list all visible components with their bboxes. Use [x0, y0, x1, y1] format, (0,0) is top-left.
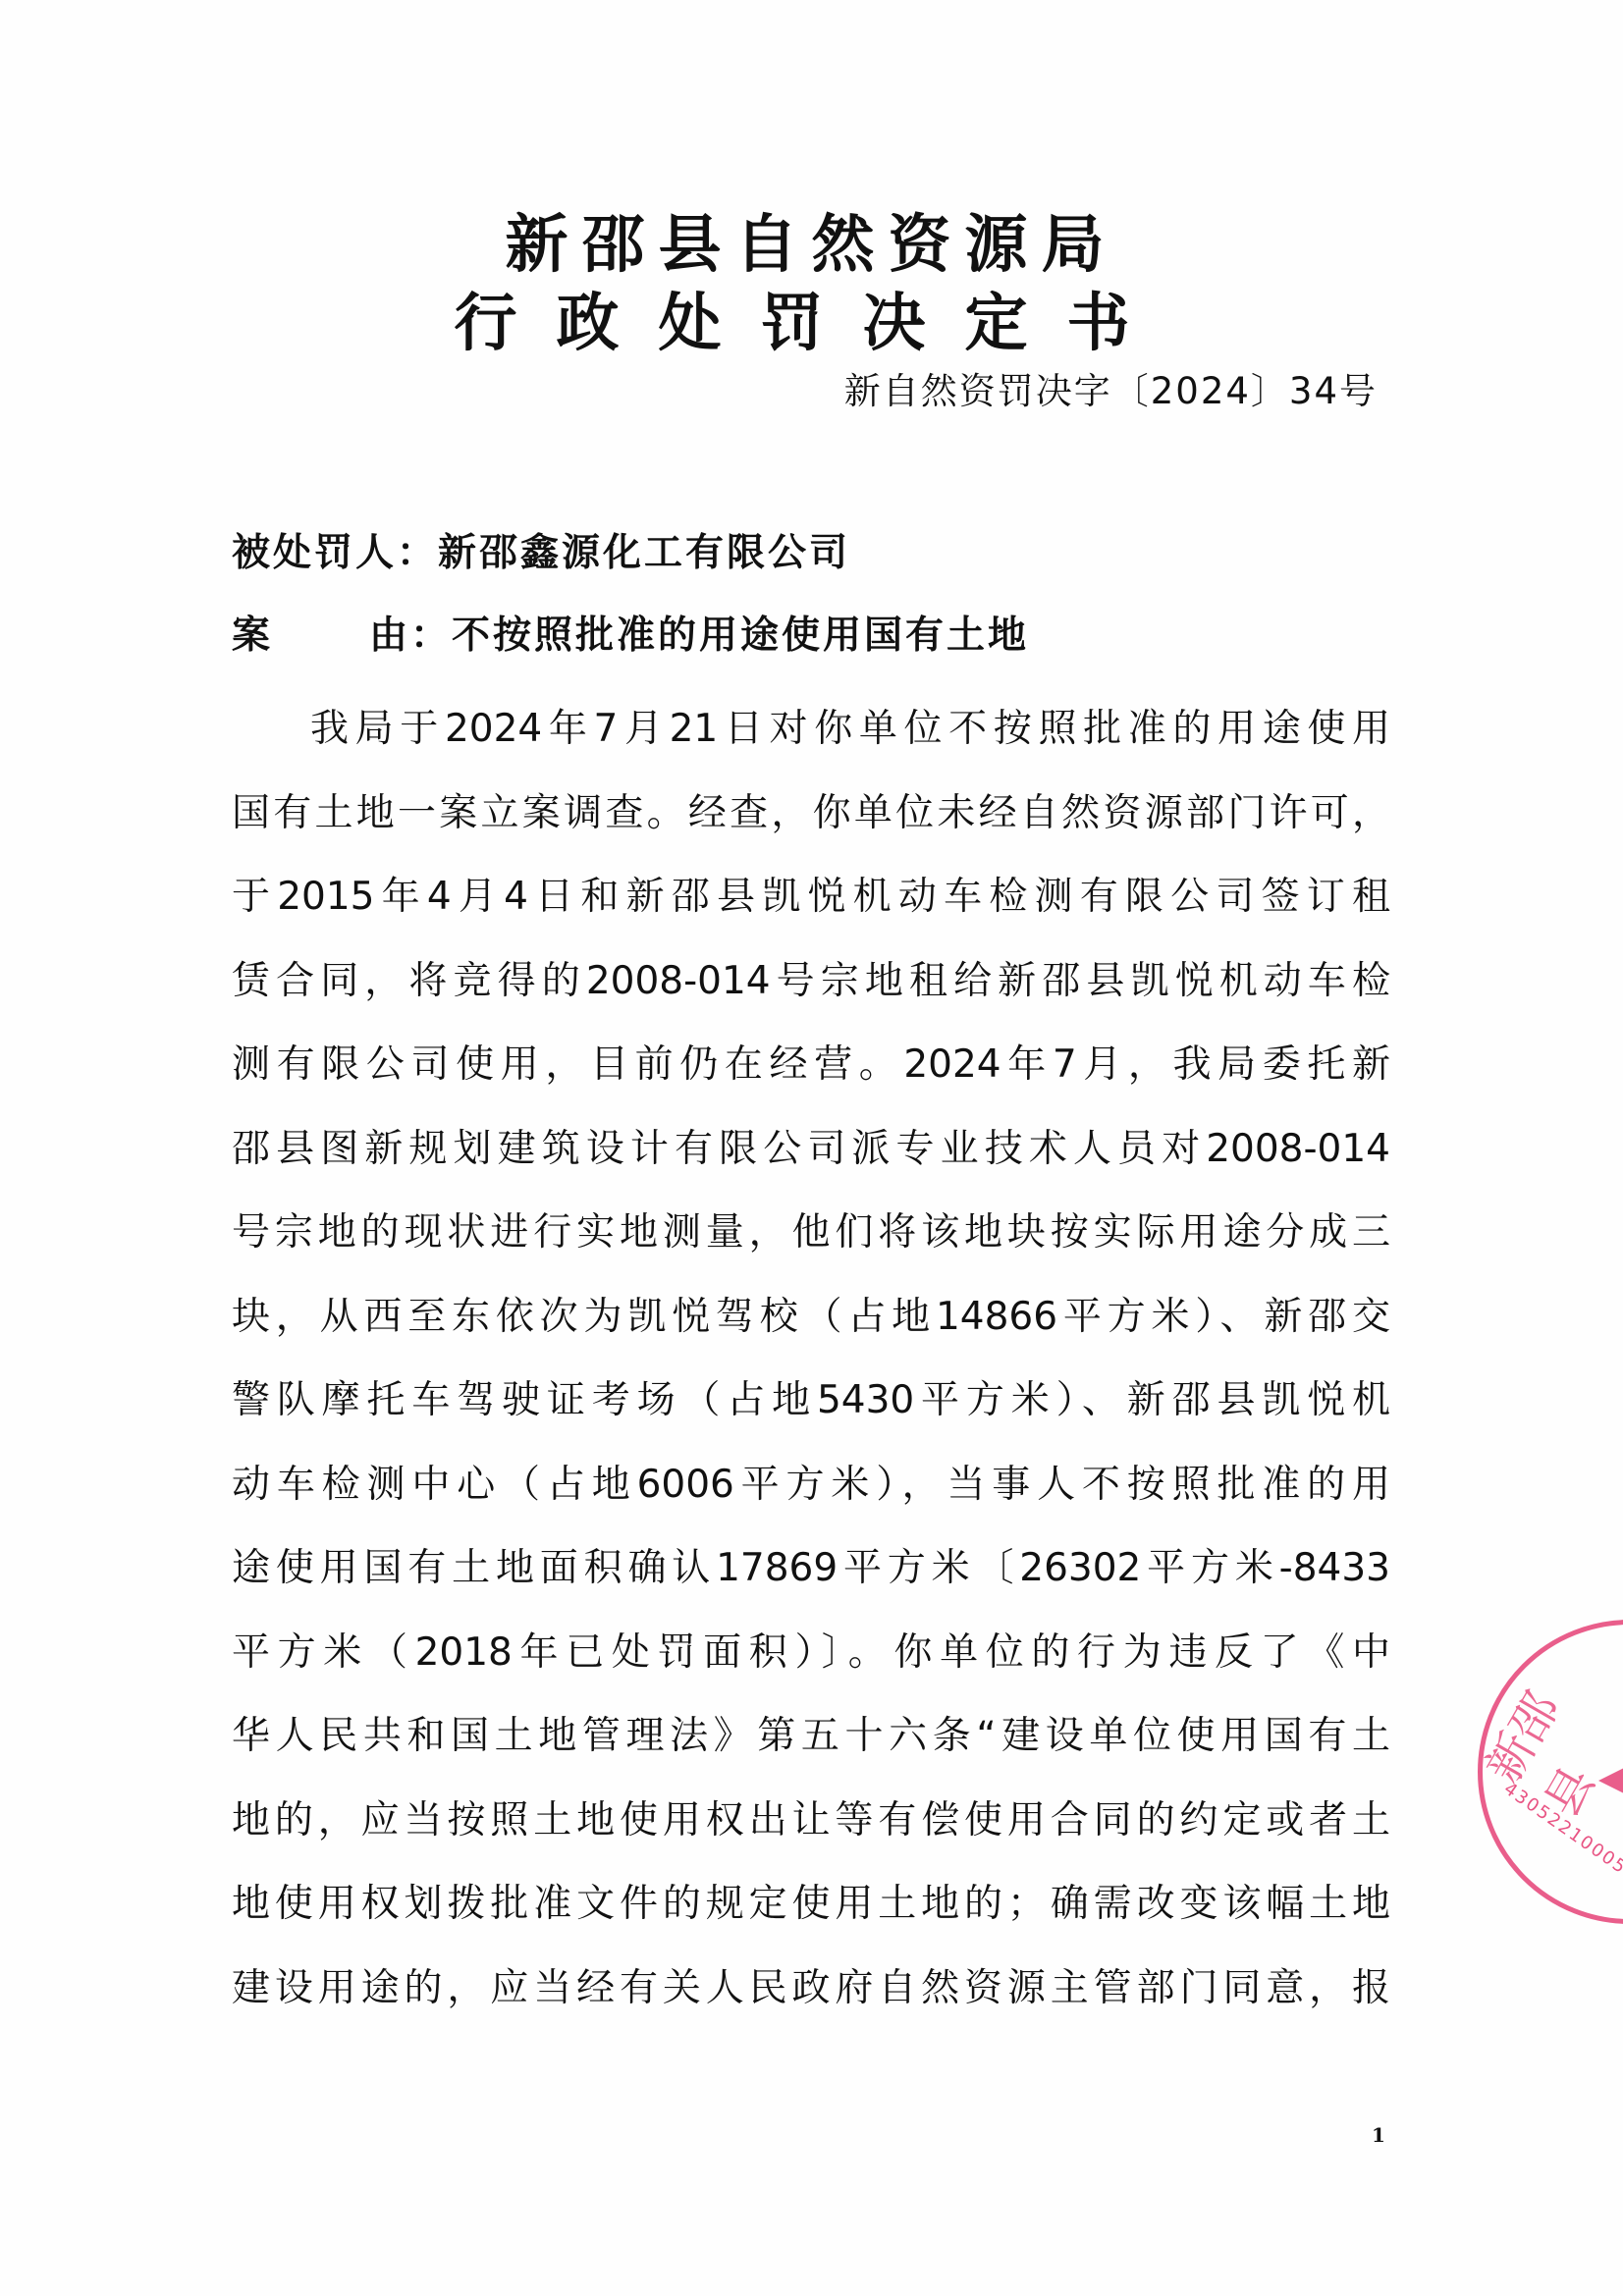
body-line: 平方米（2018年已处罚面积）〕。你单位的行为违反了《中 [232, 1611, 1390, 1695]
page-number: 1 [1372, 2123, 1385, 2147]
decision-body: 我局于2024年7月21日对你单位不按照批准的用途使用 国有土地一案立案调查。经… [232, 687, 1390, 2030]
document-page: 新邵县自然资源局 行政处罚决定书 新自然资罚决字〔2024〕34号 被处罚人：新… [0, 0, 1623, 2296]
body-line: 块，从西至东依次为凯悦驾校（占地14866平方米）、新邵交 [232, 1275, 1390, 1360]
body-line: 地使用权划拨批准文件的规定使用土地的；确需改变该幅土地 [232, 1862, 1390, 1947]
body-line: 邵县图新规划建筑设计有限公司派专业技术人员对2008-014 [232, 1107, 1390, 1192]
punished-party-label: 被处罚人： [232, 522, 438, 577]
body-line: 途使用国有土地面积确认17869平方米〔26302平方米-8433 [232, 1526, 1390, 1611]
issuer-title: 新邵县自然资源局 [0, 194, 1623, 285]
case-cause-field: 案由：不按照批准的用途使用国有土地 [232, 605, 1029, 660]
body-line: 号宗地的现状进行实地测量，他们将该地块按实际用途分成三 [232, 1191, 1390, 1275]
document-number: 新自然资罚决字〔2024〕34号 [844, 361, 1378, 414]
body-line: 测有限公司使用，目前仍在经营。2024年7月，我局委托新 [232, 1023, 1390, 1107]
body-line: 地的，应当按照土地使用权出让等有偿使用合同的约定或者土 [232, 1779, 1390, 1863]
body-line: 建设用途的，应当经有关人民政府自然资源主管部门同意，报 [232, 1947, 1390, 2031]
case-label-b: 由： [369, 605, 452, 660]
body-line: 动车检测中心（占地6006平方米），当事人不按照批准的用 [232, 1443, 1390, 1527]
punished-party-value: 新邵鑫源化工有限公司 [438, 531, 850, 575]
body-line: 赁合同，将竞得的2008-014号宗地租给新邵县凯悦机动车检 [232, 939, 1390, 1024]
body-line: 我局于2024年7月21日对你单位不按照批准的用途使用 [232, 687, 1390, 772]
punished-party-field: 被处罚人：新邵鑫源化工有限公司 [232, 522, 850, 577]
body-line: 警队摩托车驾驶证考场（占地5430平方米）、新邵县凯悦机 [232, 1359, 1390, 1443]
case-cause-value: 不按照批准的用途使用国有土地 [452, 614, 1029, 658]
body-line: 华人民共和国土地管理法》第五十六条“建设单位使用国有土 [232, 1694, 1390, 1779]
body-line: 于2015年4月4日和新邵县凯悦机动车检测有限公司签订租 [232, 855, 1390, 939]
body-line: 国有土地一案立案调查。经查，你单位未经自然资源部门许可， [232, 772, 1390, 856]
case-label-a: 案 [232, 605, 369, 660]
document-title: 行政处罚决定书 [0, 273, 1623, 363]
seal-star-icon [1598, 1767, 1623, 1794]
